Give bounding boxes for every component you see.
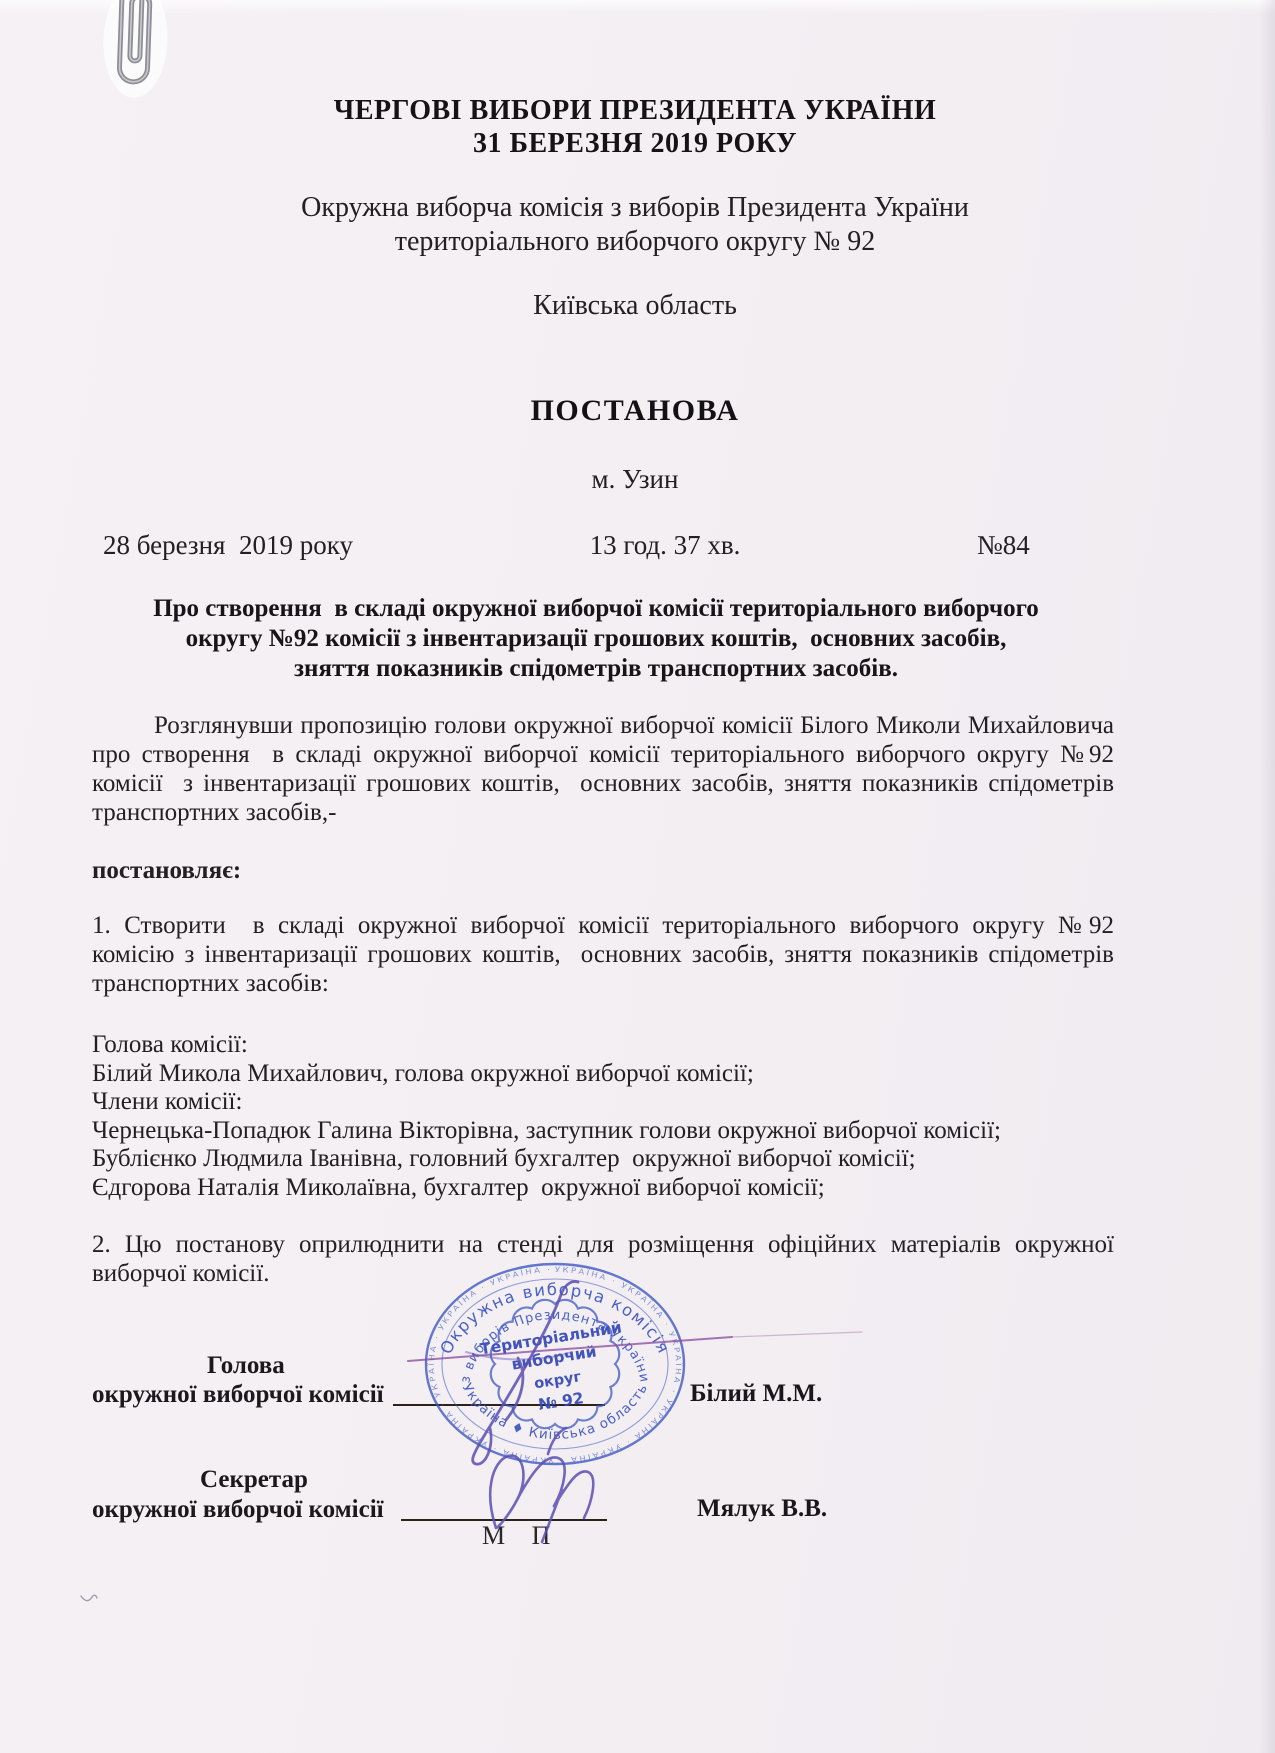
secretary-signature [490,1428,593,1542]
pen-strike-tail [732,1332,862,1337]
scanned-document-page: ЧЕРГОВІ ВИБОРИ ПРЕЗИДЕНТА УКРАЇНИ 31 БЕР… [0,0,1275,1753]
resolution-item-1: 1. Створити в складі окружної виборчої к… [92,911,1114,998]
document-date: 28 березня 2019 року [103,530,353,561]
subject-heading-line3: зняття показників спідометрів транспортн… [0,654,1192,684]
list-item: Чернецька-Попадюк Галина Вікторівна, зас… [92,1117,1114,1146]
list-item: Білий Микола Михайлович, голова окружної… [92,1060,1114,1089]
commission-name-line1: Окружна виборча комісія з виборів Презид… [10,192,1260,224]
document-number: №84 [977,530,1030,561]
subject-heading-line2: округу №92 комісії з інвентаризації грош… [0,624,1192,654]
signature-role-head: Голова [207,1352,285,1380]
scan-artifact-mark [78,1592,100,1606]
election-title-line2: 31 БЕРЕЗНЯ 2019 РОКУ [10,128,1260,160]
head-signature [466,1281,578,1464]
resolves-label: постановляє: [92,857,241,885]
election-title-line1: ЧЕРГОВІ ВИБОРИ ПРЕЗИДЕНТА УКРАЇНИ [10,95,1260,127]
commission-member-list: Голова комісії: Білий Микола Михайлович,… [92,1031,1114,1202]
pen-strike-line [408,1337,732,1361]
region-name: Київська область [10,290,1260,322]
list-item: Голова комісії: [92,1031,1114,1060]
document-type: ПОСТАНОВА [10,394,1260,428]
preamble-paragraph: Розглянувши пропозицію голови окружної в… [92,711,1114,827]
document-time: 13 год. 37 хв. [560,530,770,561]
handwritten-signatures-overlay [280,1240,920,1570]
city-name: м. Узин [10,464,1260,495]
list-item: Єдгорова Наталія Миколаївна, бухгалтер о… [92,1174,1114,1203]
list-item: Члени комісії: [92,1088,1114,1117]
subject-heading-line1: Про створення в складі окружної виборчої… [0,594,1192,624]
list-item: Бублієнко Людмила Іванівна, головний бух… [92,1145,1114,1174]
commission-name-line2: територіального виборчого округу № 92 [10,226,1260,258]
